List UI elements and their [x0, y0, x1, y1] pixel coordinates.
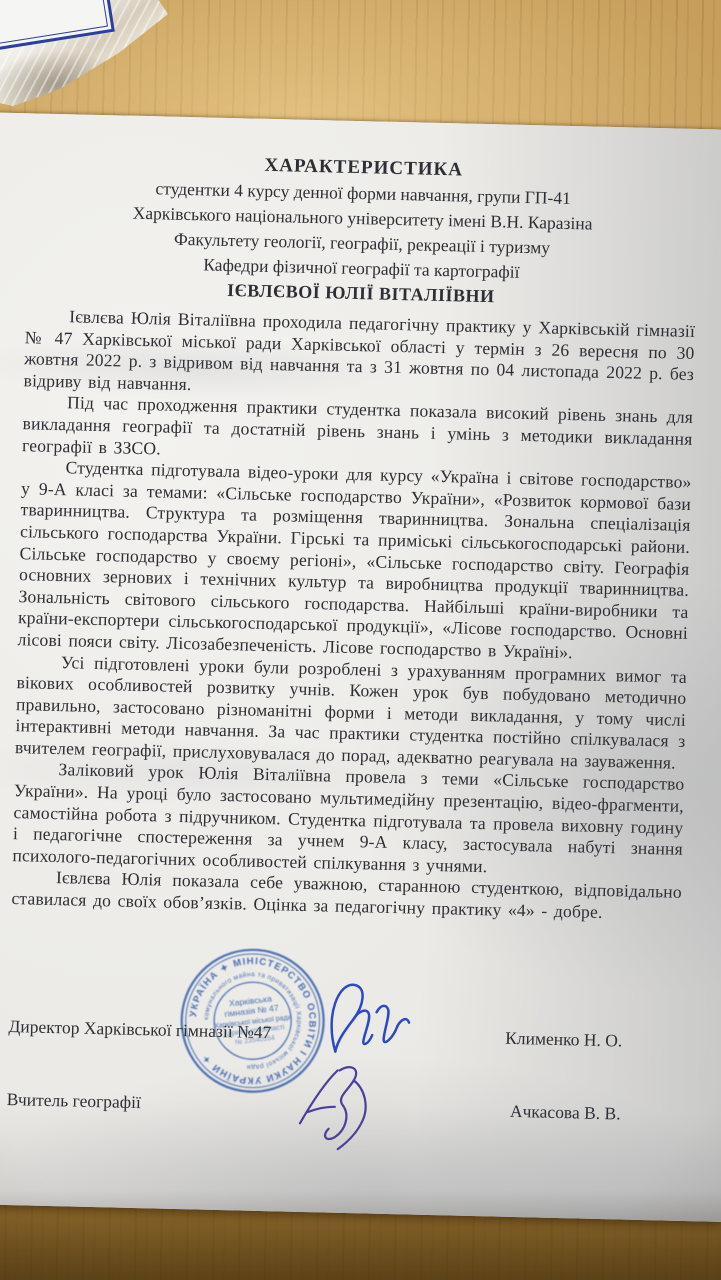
blue-form-card: 20__р.: [0, 0, 115, 55]
document-paper: ХАРАКТЕРИСТИКА студентки 4 курсу денної …: [0, 112, 721, 1222]
plastic-sleeve: 20__р.: [0, 0, 168, 106]
signature-role: Вчитель географії: [6, 1089, 141, 1113]
photo-scene: 20__р. ХАРАКТЕРИСТИКА студентки 4 курсу …: [0, 0, 721, 1280]
paragraph: Ієвлєва Юлія Віталіївна проходила педаго…: [23, 305, 695, 407]
blue-form-frame: 20__р.: [0, 0, 108, 48]
document-body: ХАРАКТЕРИСТИКА студентки 4 курсу денної …: [11, 147, 699, 925]
signature-row: Вчитель географії Ачкасова В. В.: [6, 1089, 620, 1124]
signature-name: Ачкасова В. В.: [510, 1101, 621, 1125]
paragraph-block: Ієвлєва Юлія Віталіївна проходила педаго…: [11, 305, 695, 925]
paragraph: Студентка підготувала відео-уроки для ку…: [17, 456, 691, 666]
paragraph: Заліковий урок Юлія Віталіївна провела з…: [12, 759, 684, 883]
signature-name: Клименко Н. О.: [505, 1028, 623, 1052]
paragraph: Усі підготовлені уроки були розроблені з…: [15, 651, 687, 775]
